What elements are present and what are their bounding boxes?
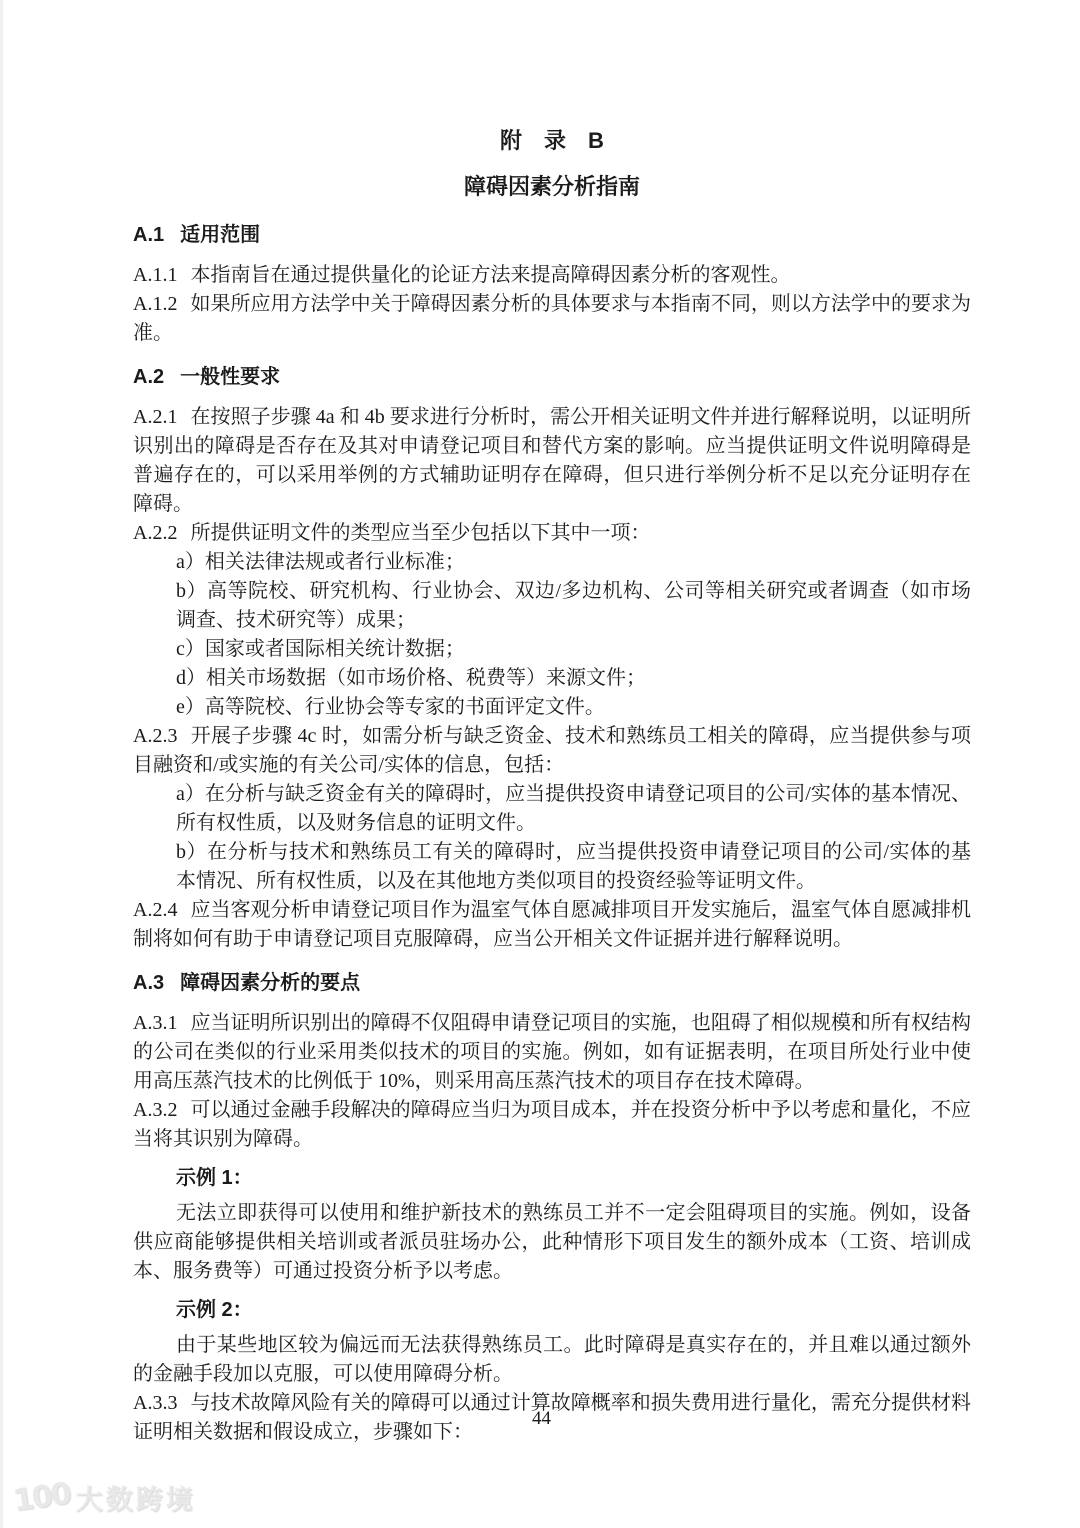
paragraph-number: A.3.2 (133, 1099, 177, 1121)
paragraph-text: 应当证明所识别出的障碍不仅阻碍申请登记项目的实施，也阻碍了相似规模和所有权结构的… (133, 1012, 971, 1092)
list-item: d）相关市场数据（如市场价格、税费等）来源文件； (176, 664, 971, 693)
section-title: 一般性要求 (180, 366, 280, 388)
watermark: 100 大数跨境 (13, 1478, 196, 1517)
paragraph-number: A.2.2 (133, 522, 177, 544)
section-heading-a1: A.1适用范围 (133, 222, 971, 248)
paragraph-text: 可以通过金融手段解决的障碍应当归为项目成本，并在投资分析中予以考虑和量化，不应当… (133, 1099, 971, 1150)
paragraph-text: 在按照子步骤 4a 和 4b 要求进行分析时，需公开相关证明文件并进行解释说明，… (133, 406, 971, 515)
paragraph-number: A.2.3 (133, 725, 177, 747)
paragraph-a1-2: A.1.2如果所应用方法学中关于障碍因素分析的具体要求与本指南不同，则以方法学中… (133, 290, 971, 348)
section-title: 适用范围 (180, 224, 260, 246)
watermark-text: 大数跨境 (76, 1478, 196, 1517)
paragraph-a2-1: A.2.1在按照子步骤 4a 和 4b 要求进行分析时，需公开相关证明文件并进行… (133, 403, 971, 519)
list-item: b）在分析与技术和熟练员工有关的障碍时，应当提供投资申请登记项目的公司/实体的基… (176, 838, 971, 896)
paragraph-a1-1: A.1.1本指南旨在通过提供量化的论证方法来提高障碍因素分析的客观性。 (133, 261, 971, 290)
paragraph-text: 如果所应用方法学中关于障碍因素分析的具体要求与本指南不同，则以方法学中的要求为准… (133, 293, 971, 344)
document-title: 障碍因素分析指南 (133, 174, 971, 200)
paragraph-number: A.2.4 (133, 899, 177, 921)
example-1-label: 示例 1： (176, 1165, 971, 1191)
paragraph-number: A.1.2 (133, 293, 177, 315)
paragraph-a2-2: A.2.2所提供证明文件的类型应当至少包括以下其中一项： (133, 519, 971, 548)
paragraph-a2-4: A.2.4应当客观分析申请登记项目作为温室气体自愿减排项目开发实施后，温室气体自… (133, 896, 971, 954)
list-item: a）在分析与缺乏资金有关的障碍时，应当提供投资申请登记项目的公司/实体的基本情况… (176, 780, 971, 838)
list-item: e）高等院校、行业协会等专家的书面评定文件。 (176, 693, 971, 722)
paragraph-a2-3: A.2.3开展子步骤 4c 时，如需分析与缺乏资金、技术和熟练员工相关的障碍，应… (133, 722, 971, 780)
document-body: 附 录 B 障碍因素分析指南 A.1适用范围 A.1.1本指南旨在通过提供量化的… (133, 128, 971, 1447)
example-2-label: 示例 2： (176, 1297, 971, 1323)
paragraph-number: A.1.1 (133, 264, 177, 286)
section-heading-a3: A.3障碍因素分析的要点 (133, 970, 971, 996)
list-item: b）高等院校、研究机构、行业协会、双边/多边机构、公司等相关研究或者调查（如市场… (176, 577, 971, 635)
section-heading-a2: A.2一般性要求 (133, 364, 971, 390)
section-number: A.1 (133, 224, 164, 246)
paragraph-a3-1: A.3.1应当证明所识别出的障碍不仅阻碍申请登记项目的实施，也阻碍了相似规模和所… (133, 1009, 971, 1096)
paragraph-a3-2: A.3.2可以通过金融手段解决的障碍应当归为项目成本，并在投资分析中予以考虑和量… (133, 1096, 971, 1154)
example-2-text: 由于某些地区较为偏远而无法获得熟练员工。此时障碍是真实存在的，并且难以通过额外的… (133, 1331, 971, 1389)
paragraph-text: 本指南旨在通过提供量化的论证方法来提高障碍因素分析的客观性。 (190, 264, 790, 286)
paragraph-text: 所提供证明文件的类型应当至少包括以下其中一项： (190, 522, 650, 544)
list-item: a）相关法律法规或者行业标准； (176, 548, 971, 577)
page-number: 44 (3, 1408, 1080, 1430)
paragraph-text: 应当客观分析申请登记项目作为温室气体自愿减排项目开发实施后，温室气体自愿减排机制… (133, 899, 971, 950)
paragraph-number: A.3.1 (133, 1012, 177, 1034)
evidence-type-list: a）相关法律法规或者行业标准； b）高等院校、研究机构、行业协会、双边/多边机构… (176, 548, 971, 722)
list-item: c）国家或者国际相关统计数据； (176, 635, 971, 664)
paragraph-text: 开展子步骤 4c 时，如需分析与缺乏资金、技术和熟练员工相关的障碍，应当提供参与… (133, 725, 971, 776)
section-title: 障碍因素分析的要点 (180, 972, 360, 994)
section-number: A.3 (133, 972, 164, 994)
section-number: A.2 (133, 366, 164, 388)
brand-logo-icon: 100 (11, 1476, 72, 1519)
company-info-list: a）在分析与缺乏资金有关的障碍时，应当提供投资申请登记项目的公司/实体的基本情况… (176, 780, 971, 896)
paragraph-number: A.2.1 (133, 406, 177, 428)
appendix-heading: 附 录 B (133, 128, 971, 154)
example-1-text: 无法立即获得可以使用和维护新技术的熟练员工并不一定会阻碍项目的实施。例如，设备供… (133, 1199, 971, 1286)
document-page: 附 录 B 障碍因素分析指南 A.1适用范围 A.1.1本指南旨在通过提供量化的… (0, 0, 1080, 1528)
